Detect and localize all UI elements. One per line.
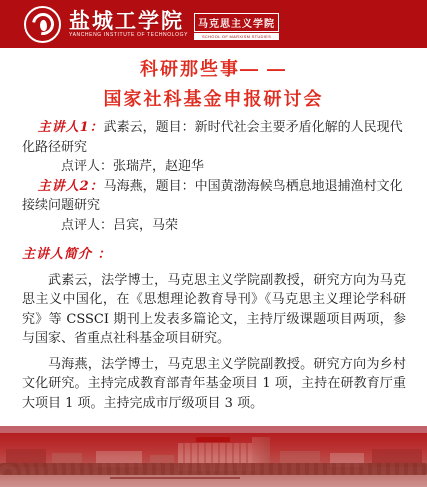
intro-label-line: 主讲人简介 ：: [22, 245, 406, 265]
university-name-en: YANCHENG INSTITUTE OF TECHNOLOGY: [69, 33, 188, 38]
school-badge-zh: 马克思主义学院: [194, 13, 279, 32]
university-logo-icon: [24, 6, 61, 43]
speaker1-reviewers: 点评人：张瑞芹，赵迎华: [22, 157, 406, 177]
poster-title: 科研那些事— — 国家社科基金申报研讨会: [0, 58, 427, 110]
speaker2-bio: 马海燕，法学博士，马克思主义学院副教授。研究方向为乡村文化研究。主持完成教育部青…: [22, 355, 406, 414]
university-name-block: 盐城工学院 YANCHENG INSTITUTE OF TECHNOLOGY: [69, 10, 188, 38]
speaker2-paragraph: 主讲人2：马海燕，题目：中国黄渤海候鸟栖息地退捕渔村文化接续问题研究: [22, 177, 406, 216]
speaker1-bio: 武素云，法学博士，马克思主义学院副教授，研究方向为马克思主义中国化，在《思想理论…: [22, 271, 406, 349]
intro-label: 主讲人简介 ：: [22, 247, 112, 262]
speaker2-reviewers: 点评人：吕宾，马荣: [22, 216, 406, 236]
poster-body: 主讲人1：武素云，题目：新时代社会主要矛盾化解的人民现代化路径研究 点评人：张瑞…: [22, 118, 406, 465]
university-name: 盐城工学院: [69, 10, 188, 31]
speaker1-paragraph: 主讲人1：武素云，题目：新时代社会主要矛盾化解的人民现代化路径研究: [22, 118, 406, 157]
logo-swirl-icon: [27, 9, 58, 40]
header-band: 盐城工学院 YANCHENG INSTITUTE OF TECHNOLOGY 马…: [0, 0, 427, 48]
speaker2-label: 主讲人2：: [38, 179, 104, 194]
red-tint-overlay: [0, 433, 427, 487]
school-badge-en: SCHOOL OF MARXISM STUDIES: [194, 33, 279, 40]
footer-accent-bar: [0, 426, 427, 433]
school-badge: 马克思主义学院 SCHOOL OF MARXISM STUDIES: [194, 13, 279, 40]
title-line-2: 国家社科基金申报研讨会: [0, 88, 427, 110]
campus-photo: [0, 433, 427, 487]
title-line-1: 科研那些事— —: [0, 58, 427, 80]
speaker1-label: 主讲人1：: [38, 120, 104, 135]
seminar-poster: 盐城工学院 YANCHENG INSTITUTE OF TECHNOLOGY 马…: [0, 0, 427, 487]
